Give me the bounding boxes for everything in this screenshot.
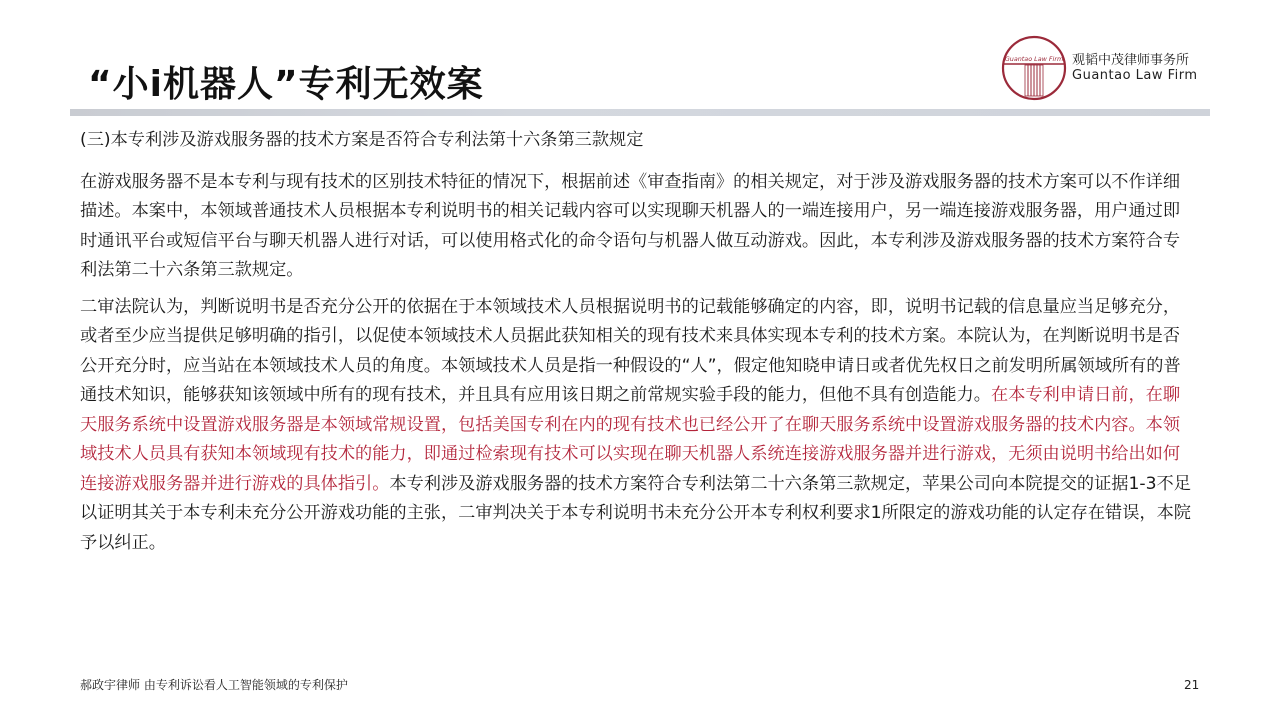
paragraph-second: 二审法院认为，判断说明书是否充分公开的依据在于本领域技术人员根据说明书的记载能够…	[80, 293, 1192, 559]
footer-caption: 郝政宇律师 由专利诉讼看人工智能领域的专利保护	[80, 676, 348, 693]
page-number: 21	[1184, 678, 1199, 692]
logo-mark-text: Guantao Law Firm	[1005, 55, 1063, 63]
paragraph-first: 在游戏服务器不是本专利与现有技术的区别技术特征的情况下，根据前述《审查指南》的相…	[80, 168, 1192, 286]
slide-title: “小i机器人”专利无效案	[88, 56, 484, 107]
section-subheading: (三)本专利涉及游戏服务器的技术方案是否符合专利法第十六条第三款规定	[80, 126, 1192, 156]
guantao-logo-icon: Guantao Law Firm	[1000, 34, 1068, 102]
title-divider-bar	[70, 109, 1210, 116]
firm-name-en: Guantao Law Firm	[1072, 68, 1198, 83]
slide-body: (三)本专利涉及游戏服务器的技术方案是否符合专利法第十六条第三款规定 在游戏服务…	[80, 126, 1192, 565]
firm-logo: Guantao Law Firm 观韬中茂律师事务所 Guantao Law F…	[1000, 34, 1210, 104]
firm-name-cn: 观韬中茂律师事务所	[1072, 49, 1189, 68]
